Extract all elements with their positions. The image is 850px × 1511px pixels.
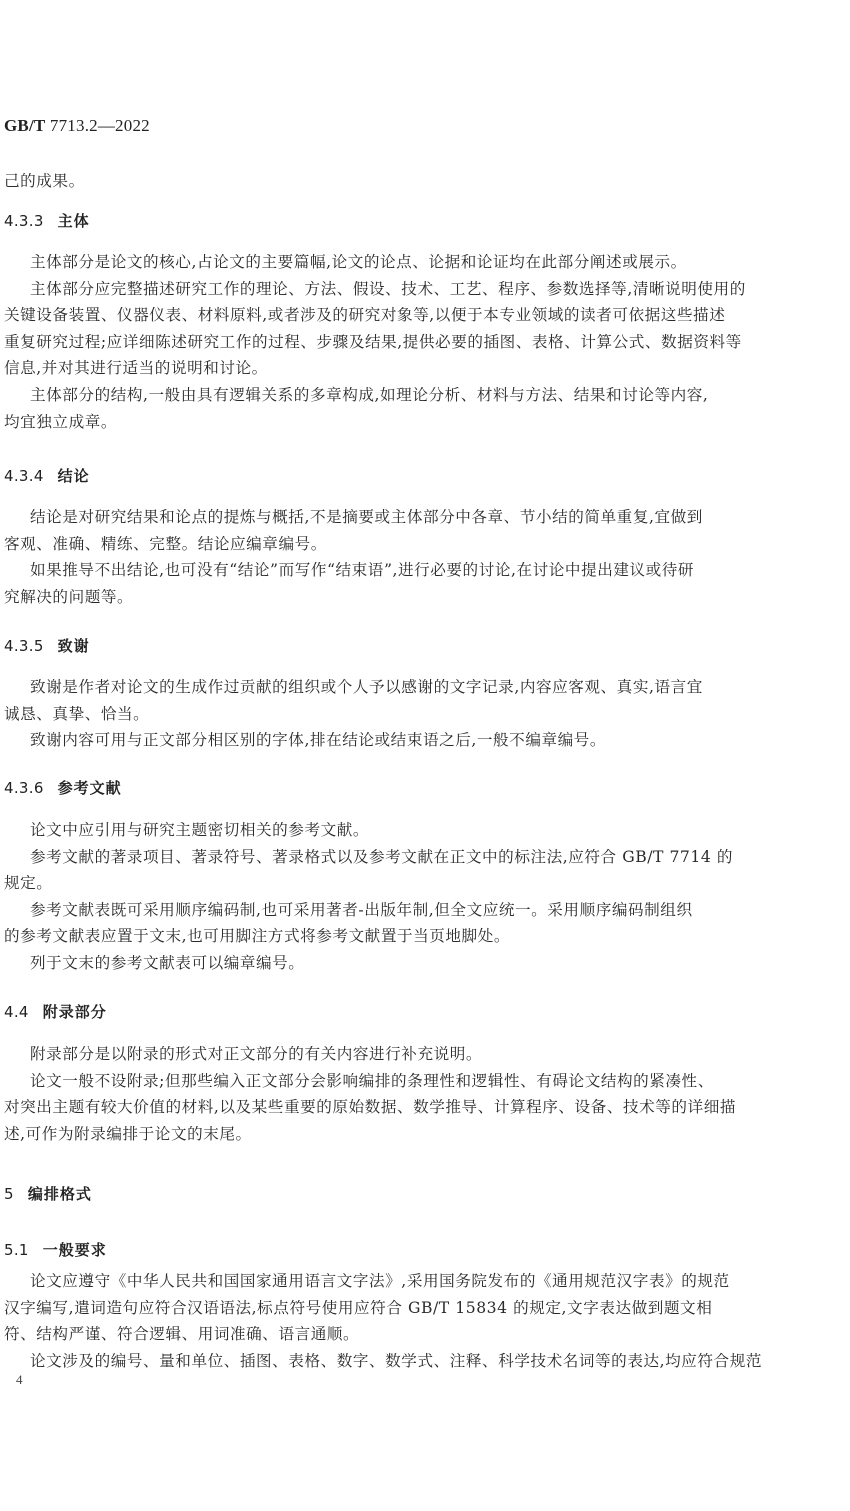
paragraph-line: 致谢内容可用与正文部分相区别的字体,排在结论或结束语之后,一般不编章编号。 xyxy=(4,727,842,754)
paragraph-line: 结论是对研究结果和论点的提炼与概括,不是摘要或主体部分中各章、节小结的简单重复,… xyxy=(4,504,842,531)
standard-number: 7713.2—2022 xyxy=(50,116,150,135)
paragraph-line: 规定。 xyxy=(4,870,842,897)
section-title: 结论 xyxy=(58,467,90,485)
paragraph-line: 符、结构严谨、符合逻辑、用词准确、语言通顺。 xyxy=(4,1321,842,1348)
section-body-4-3-5: 致谢是作者对论文的生成作过贡献的组织或个人予以感谢的文字记录,内容应客观、真实,… xyxy=(4,674,842,754)
section-body-4-3-6: 论文中应引用与研究主题密切相关的参考文献。 参考文献的著录项目、著录符号、著录格… xyxy=(4,817,842,977)
document-page: GB/T 7713.2—2022 己的成果。 4.3.3主体 主体部分是论文的核… xyxy=(0,0,850,1511)
standard-code: GB/T 7713.2—2022 xyxy=(4,116,150,136)
section-number: 5 xyxy=(4,1185,14,1203)
continuation-text: 己的成果。 xyxy=(4,168,842,195)
section-title: 主体 xyxy=(58,212,90,230)
paragraph-line: 主体部分应完整描述研究工作的理论、方法、假设、技术、工艺、程序、参数选择等,清晰… xyxy=(4,276,842,303)
paragraph-line: 参考文献表既可采用顺序编码制,也可采用著者-出版年制,但全文应统一。采用顺序编码… xyxy=(4,897,842,924)
section-title: 附录部分 xyxy=(43,1003,107,1021)
paragraph-line: 述,可作为附录编排于论文的末尾。 xyxy=(4,1121,842,1148)
section-title: 一般要求 xyxy=(43,1241,107,1259)
paragraph-line: 论文涉及的编号、量和单位、插图、表格、数字、数学式、注释、科学技术名词等的表达,… xyxy=(4,1348,842,1375)
paragraph-line: 对突出主题有较大价值的材料,以及某些重要的原始数据、数学推导、计算程序、设备、技… xyxy=(4,1094,842,1121)
paragraph-line: 客观、准确、精练、完整。结论应编章编号。 xyxy=(4,531,842,558)
section-number: 4.3.5 xyxy=(4,637,44,655)
section-body-4-3-4: 结论是对研究结果和论点的提炼与概括,不是摘要或主体部分中各章、节小结的简单重复,… xyxy=(4,504,842,610)
section-body-4-3-3: 主体部分是论文的核心,占论文的主要篇幅,论文的论点、论据和论证均在此部分阐述或展… xyxy=(4,249,842,435)
paragraph-line: 附录部分是以附录的形式对正文部分的有关内容进行补充说明。 xyxy=(4,1041,842,1068)
section-title: 编排格式 xyxy=(28,1185,92,1203)
paragraph-line: 信息,并对其进行适当的说明和讨论。 xyxy=(4,355,842,382)
paragraph-line: 主体部分的结构,一般由具有逻辑关系的多章构成,如理论分析、材料与方法、结果和讨论… xyxy=(4,382,842,409)
section-title: 致谢 xyxy=(58,637,90,655)
section-number: 4.3.3 xyxy=(4,212,44,230)
section-heading-4-4: 4.4附录部分 xyxy=(4,1001,107,1022)
paragraph-line: 的参考文献表应置于文末,也可用脚注方式将参考文献置于当页地脚处。 xyxy=(4,923,842,950)
section-title: 参考文献 xyxy=(58,779,122,797)
section-number: 4.3.6 xyxy=(4,779,44,797)
paragraph-line: 论文应遵守《中华人民共和国国家通用语言文字法》,采用国务院发布的《通用规范汉字表… xyxy=(4,1268,842,1295)
paragraph-line: 汉字编写,遣词造句应符合汉语语法,标点符号使用应符合 GB/T 15834 的规… xyxy=(4,1295,842,1322)
section-number: 4.3.4 xyxy=(4,467,44,485)
page-number: 4 xyxy=(16,1372,23,1388)
paragraph-line: 均宜独立成章。 xyxy=(4,409,842,436)
text-line: 己的成果。 xyxy=(4,168,842,195)
section-heading-4-3-3: 4.3.3主体 xyxy=(4,210,90,231)
paragraph-line: 关键设备装置、仪器仪表、材料原料,或者涉及的研究对象等,以便于本专业领域的读者可… xyxy=(4,302,842,329)
section-body-4-4: 附录部分是以附录的形式对正文部分的有关内容进行补充说明。 论文一般不设附录;但那… xyxy=(4,1041,842,1147)
paragraph-line: 论文中应引用与研究主题密切相关的参考文献。 xyxy=(4,817,842,844)
paragraph-line: 如果推导不出结论,也可没有“结论”而写作“结束语”,进行必要的讨论,在讨论中提出… xyxy=(4,557,842,584)
standard-prefix: GB/T xyxy=(4,116,45,135)
paragraph-line: 列于文末的参考文献表可以编章编号。 xyxy=(4,950,842,977)
section-body-5-1: 论文应遵守《中华人民共和国国家通用语言文字法》,采用国务院发布的《通用规范汉字表… xyxy=(4,1268,842,1374)
section-number: 5.1 xyxy=(4,1241,29,1259)
section-heading-4-3-6: 4.3.6参考文献 xyxy=(4,777,122,798)
paragraph-line: 究解决的问题等。 xyxy=(4,584,842,611)
section-heading-4-3-4: 4.3.4结论 xyxy=(4,465,90,486)
section-heading-5: 5编排格式 xyxy=(4,1183,92,1204)
section-heading-5-1: 5.1一般要求 xyxy=(4,1239,107,1260)
paragraph-line: 致谢是作者对论文的生成作过贡献的组织或个人予以感谢的文字记录,内容应客观、真实,… xyxy=(4,674,842,701)
paragraph-line: 参考文献的著录项目、著录符号、著录格式以及参考文献在正文中的标注法,应符合 GB… xyxy=(4,844,842,871)
paragraph-line: 诚恳、真挚、恰当。 xyxy=(4,701,842,728)
paragraph-line: 论文一般不设附录;但那些编入正文部分会影响编排的条理性和逻辑性、有碍论文结构的紧… xyxy=(4,1068,842,1095)
section-heading-4-3-5: 4.3.5致谢 xyxy=(4,635,90,656)
paragraph-line: 重复研究过程;应详细陈述研究工作的过程、步骤及结果,提供必要的插图、表格、计算公… xyxy=(4,329,842,356)
section-number: 4.4 xyxy=(4,1003,29,1021)
paragraph-line: 主体部分是论文的核心,占论文的主要篇幅,论文的论点、论据和论证均在此部分阐述或展… xyxy=(4,249,842,276)
